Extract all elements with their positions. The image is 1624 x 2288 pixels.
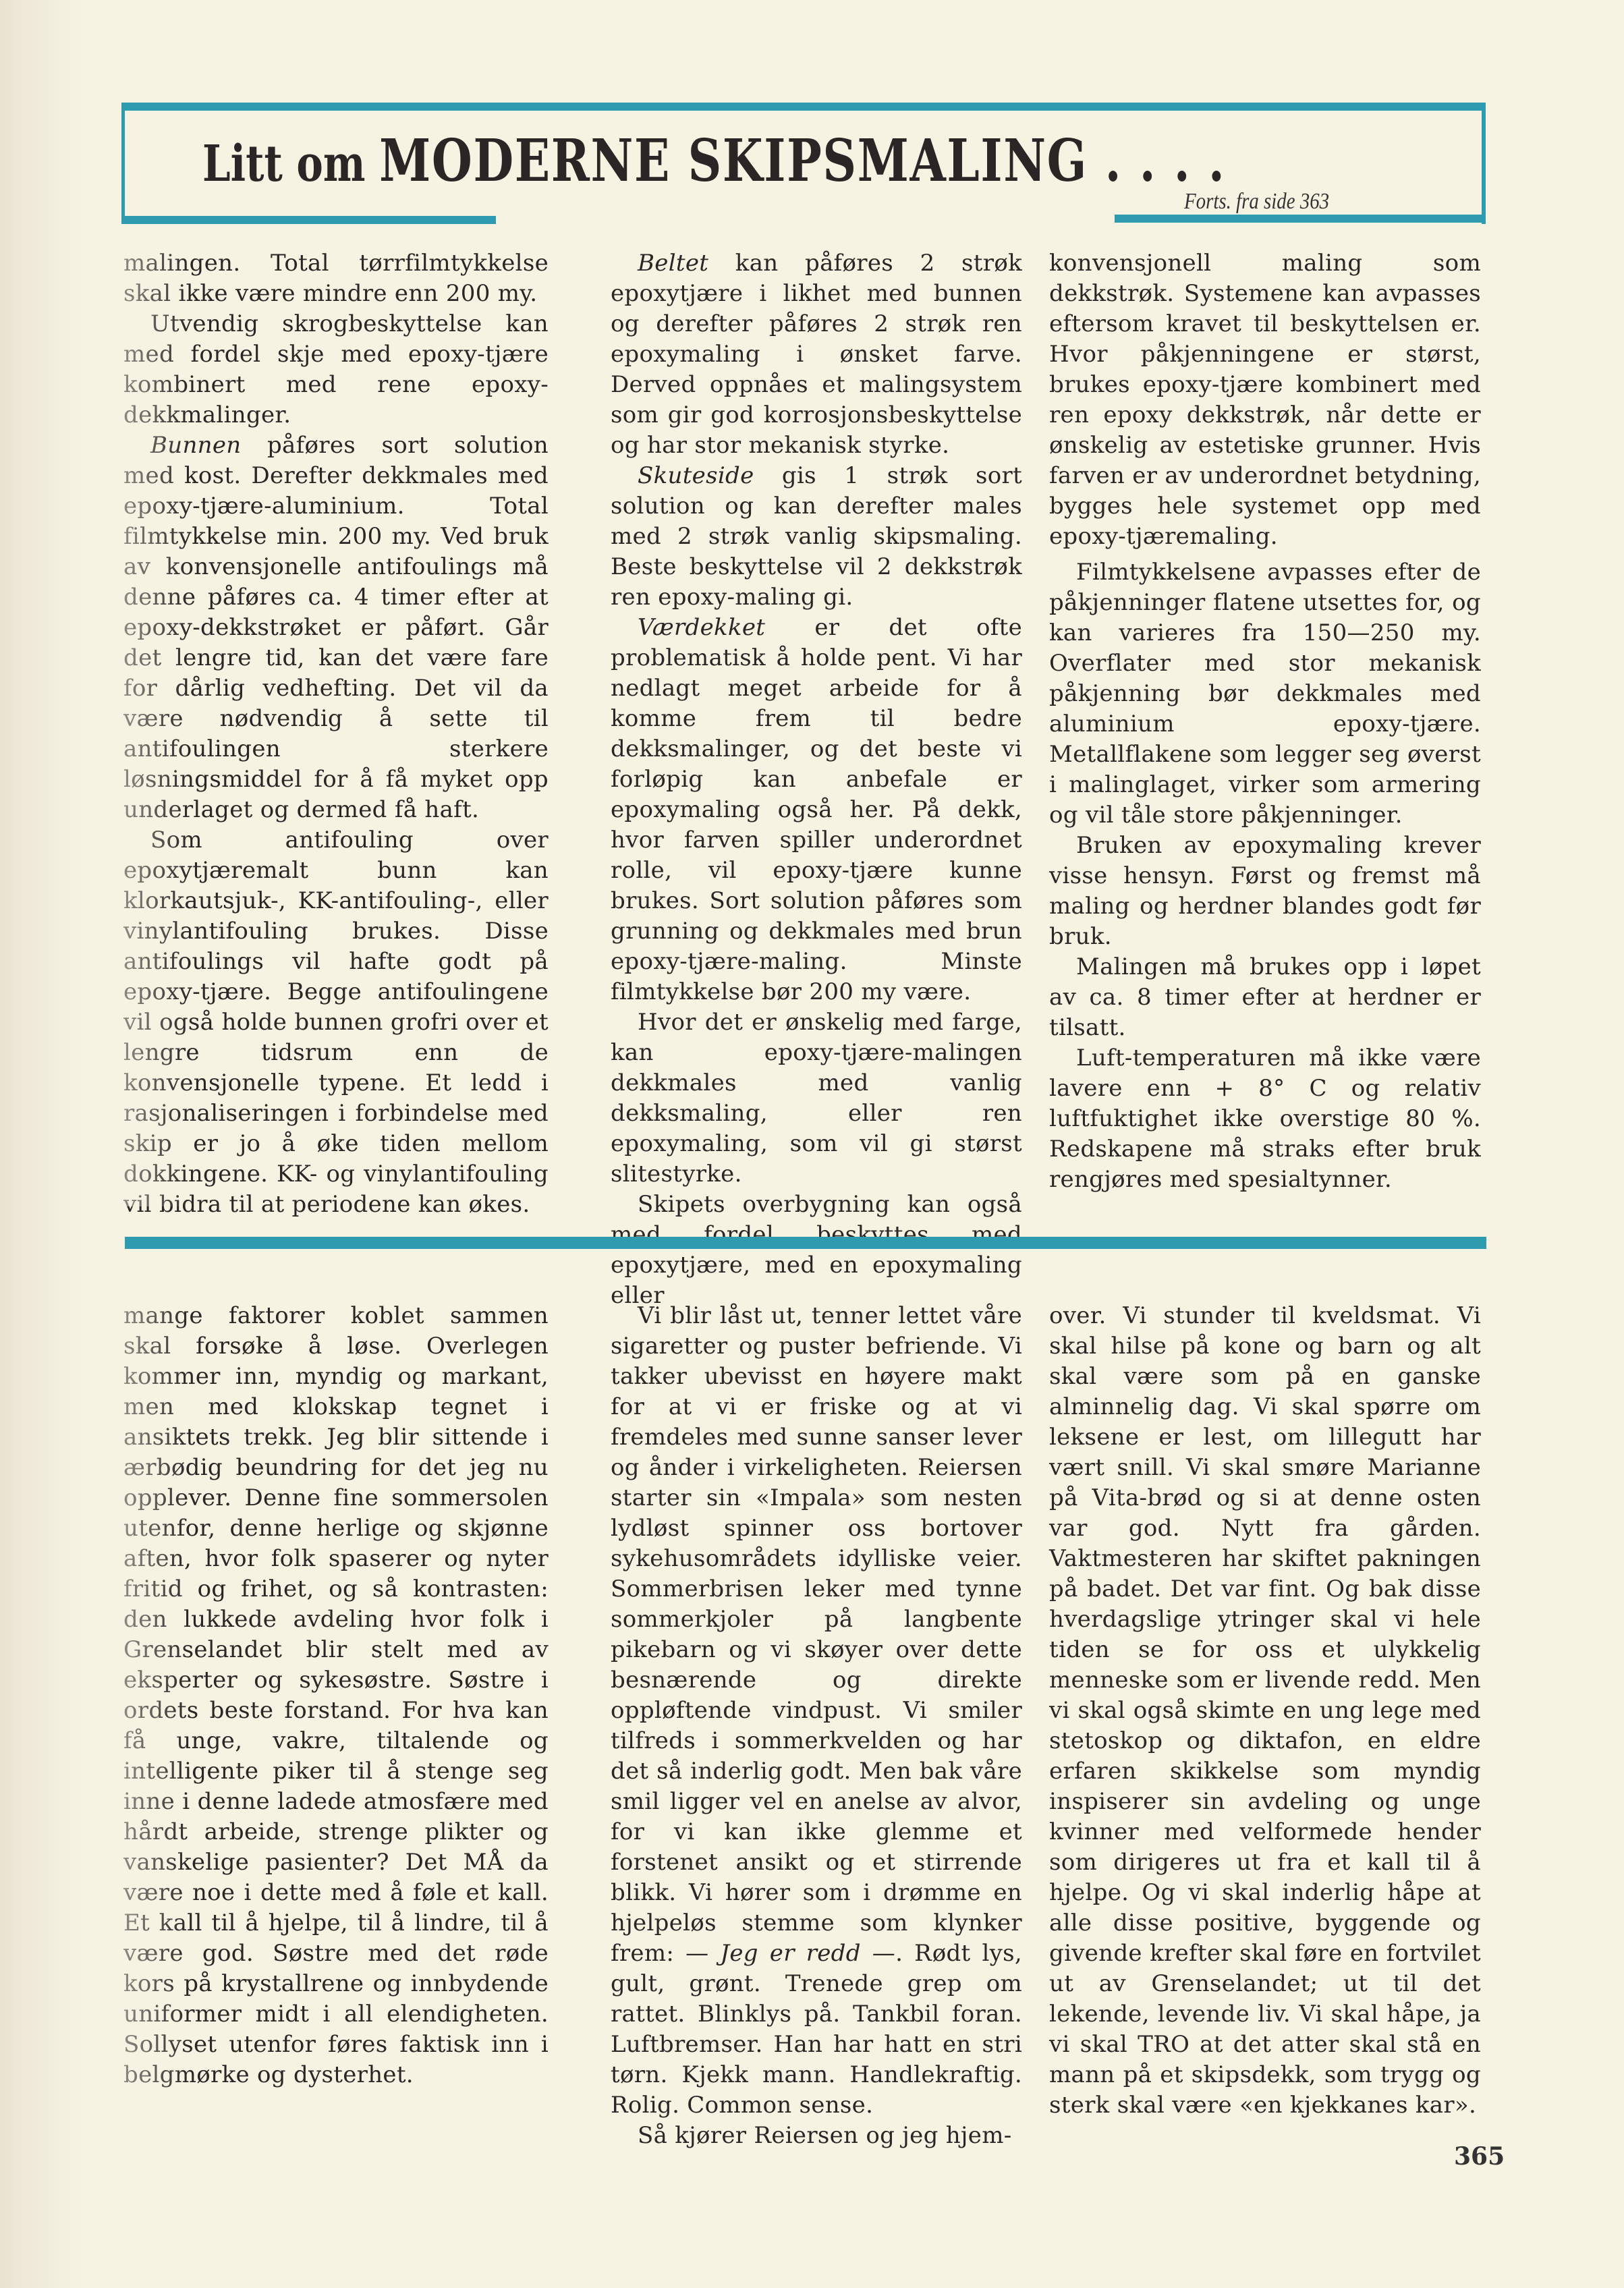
top-column-3: konvensjonell maling som dekkstrøk. Syst…: [1049, 248, 1481, 1195]
paragraph: Som antifouling over epoxytjæremalt bunn…: [123, 825, 549, 1220]
lead-term: Bunnen: [150, 432, 242, 459]
top-column-1: malingen. Total tørrfilmtykkelse skal ik…: [123, 248, 549, 1220]
paragraph: Beltet kan påføres 2 strøk epoxytjære i …: [611, 248, 1022, 461]
title-box-top-border: [121, 103, 1486, 111]
paragraph: Filmtykkelsene avpasses efter de påkjenn…: [1049, 557, 1481, 831]
section-divider: [125, 1237, 1486, 1249]
title-box-bottom-right-border: [1115, 215, 1486, 223]
bottom-column-1: mange faktorer koblet sammen skal forsøk…: [123, 1301, 549, 2090]
top-column-2: Beltet kan påføres 2 strøk epoxytjære i …: [611, 248, 1022, 1311]
title-box-left-border: [121, 103, 125, 224]
paragraph: Skipets overbygning kan også med fordel …: [611, 1190, 1022, 1311]
paragraph: Bruken av epoxymaling krever visse hensy…: [1049, 831, 1481, 952]
continued-from-note: Forts. fra side 363: [1184, 189, 1329, 215]
article-title-box: Litt om MODERNE SKIPSMALING . . . . Fort…: [121, 103, 1484, 223]
paragraph: Luft-temperaturen må ikke være lavere en…: [1049, 1043, 1481, 1195]
title-box-bottom-left-border: [121, 216, 496, 224]
title-box-right-border: [1482, 103, 1486, 224]
paragraph: malingen. Total tørrfilmtykkelse skal ik…: [123, 248, 549, 309]
lead-term: Skuteside: [638, 462, 754, 489]
paragraph: Skuteside gis 1 strøk sort solution og k…: [611, 461, 1022, 613]
paragraph: over. Vi stunder til kveldsmat. Vi skal …: [1049, 1301, 1481, 2121]
quoted-speech: Jeg er redd: [720, 1940, 860, 1967]
page-gutter-shadow: [0, 0, 81, 2288]
bottom-column-2: Vi blir låst ut, tenner lettet våre siga…: [611, 1301, 1022, 2151]
paragraph: konvensjonell maling som dekkstrøk. Syst…: [1049, 248, 1481, 552]
paragraph: Bunnen påføres sort solution med kost. D…: [123, 430, 549, 825]
paragraph: Hvor det er ønskelig med farge, kan epox…: [611, 1007, 1022, 1190]
page-number: 365: [1454, 2142, 1505, 2171]
title-dots: . . . .: [1088, 127, 1225, 195]
paragraph: Værdekket er det ofte problematisk å hol…: [611, 613, 1022, 1007]
lead-term: Beltet: [638, 250, 708, 277]
paragraph: Malingen må brukes opp i løpet av ca. 8 …: [1049, 952, 1481, 1043]
paragraph: Så kjører Reiersen og jeg hjem-: [611, 2121, 1022, 2151]
paragraph: Utvendig skrogbeskyttelse kan med fordel…: [123, 309, 549, 430]
paragraph: mange faktorer koblet sammen skal forsøk…: [123, 1301, 549, 2090]
lead-term: Værdekket: [638, 614, 765, 641]
bottom-column-3: over. Vi stunder til kveldsmat. Vi skal …: [1049, 1301, 1481, 2121]
paragraph: Vi blir låst ut, tenner lettet våre siga…: [611, 1301, 1022, 2121]
title-part-2: MODERNE SKIPSMALING: [379, 127, 1088, 195]
title-part-1: Litt om: [202, 135, 379, 193]
article-title: Litt om MODERNE SKIPSMALING . . . .: [202, 127, 1225, 195]
